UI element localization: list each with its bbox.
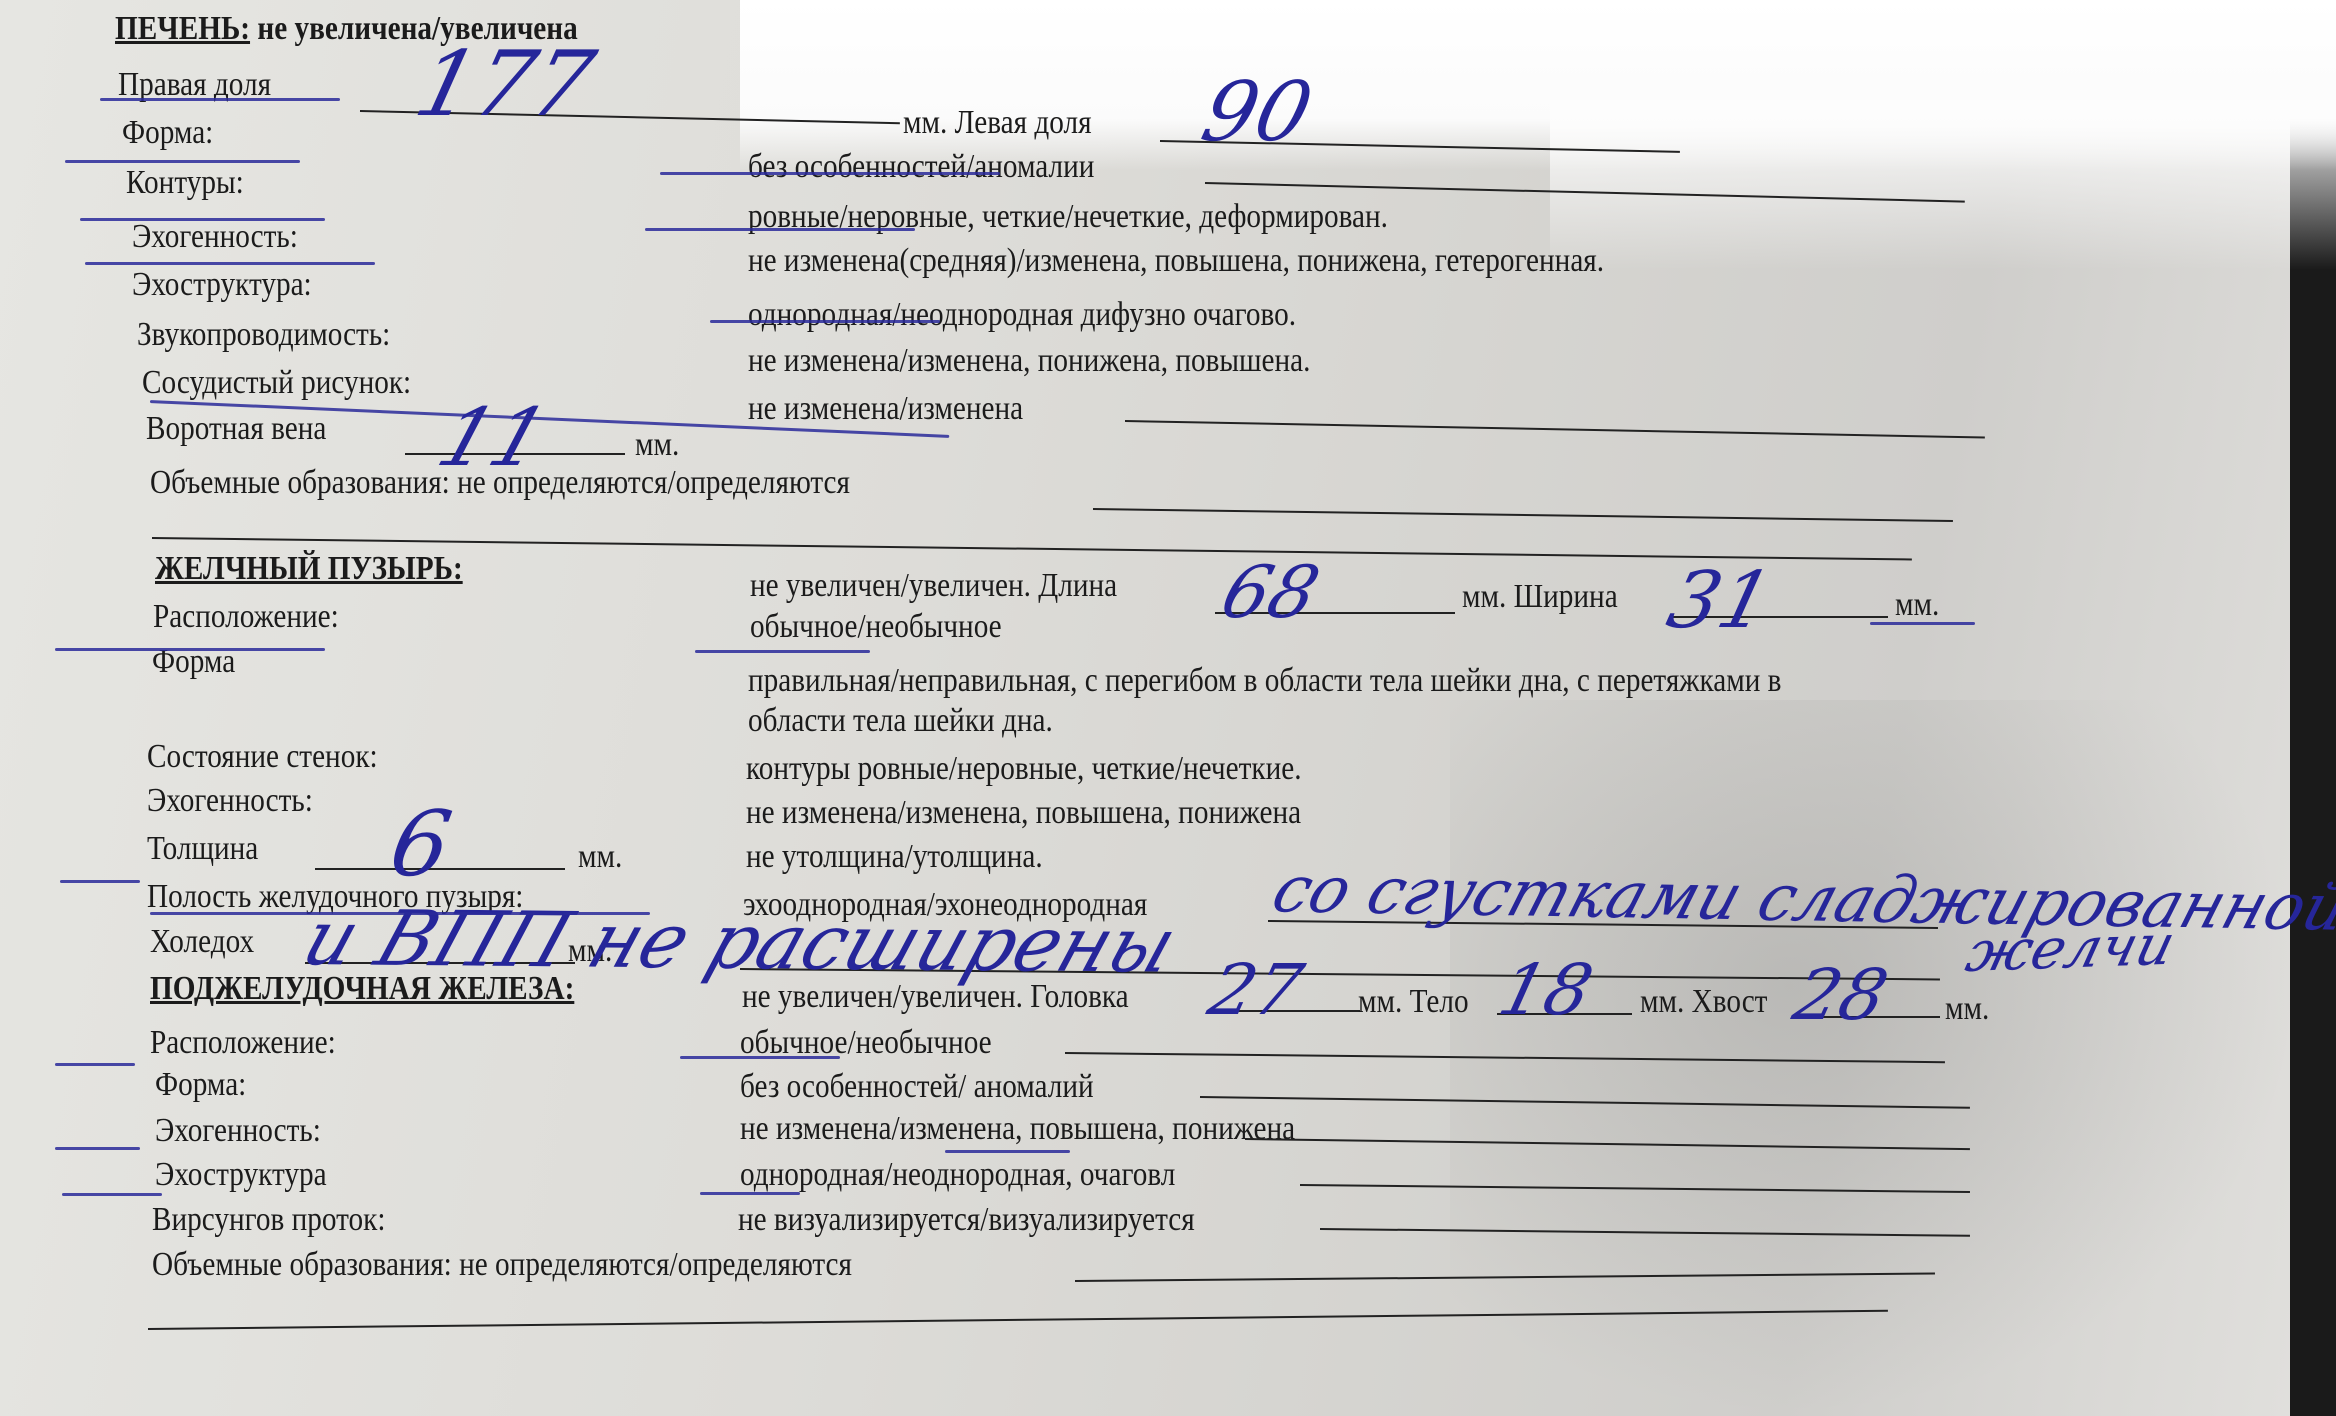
liver-left-lobe-label: мм. Левая доля bbox=[903, 106, 1092, 140]
liver-row-label: Эхоструктура: bbox=[132, 268, 312, 302]
ink-underline bbox=[945, 1150, 1070, 1153]
pancreas-heading: ПОДЖЕЛУДОЧНАЯ ЖЕЛЕЗА: bbox=[150, 972, 574, 1006]
gallbladder-row-options: не изменена/изменена, повышена, понижена bbox=[746, 796, 1301, 830]
ink-underline bbox=[660, 172, 1000, 175]
liver-row-label: Контуры: bbox=[126, 166, 244, 200]
gallbladder-row-options: контуры ровные/неровные, четкие/нечеткие… bbox=[746, 752, 1302, 786]
ink-underline bbox=[65, 160, 300, 163]
ink-underline bbox=[695, 650, 870, 653]
liver-row-options: без особенностей/аномалии bbox=[748, 150, 1094, 184]
liver-row-label: Сосудистый рисунок: bbox=[142, 366, 411, 400]
wall-thickness-options: не утолщина/утолщина. bbox=[746, 840, 1043, 874]
gallbladder-row-label: Эхогенность: bbox=[147, 784, 313, 818]
glare bbox=[1550, 100, 2336, 270]
pancreas-body-value: 18 bbox=[1493, 955, 1600, 1025]
pancreas-row-options: однородная/неоднородная, очаговл bbox=[740, 1158, 1175, 1192]
liver-row-label: Звукопроводимость: bbox=[137, 318, 390, 352]
ink-underline bbox=[60, 880, 140, 883]
gallbladder-heading: ЖЕЛЧНЫЙ ПУЗЫРЬ: bbox=[155, 552, 463, 586]
gallbladder-size-text: не увеличен/увеличен. Длина bbox=[750, 569, 1117, 603]
gallbladder-row-label: Расположение: bbox=[153, 600, 339, 634]
liver-row-label: Форма: bbox=[122, 116, 213, 150]
liver-row-options: не изменена/изменена bbox=[748, 392, 1023, 426]
pancreas-body-label: мм. Тело bbox=[1358, 985, 1469, 1019]
portal-vein-label: Воротная вена bbox=[146, 412, 326, 446]
choledoch-label: Холедох bbox=[150, 925, 254, 959]
pancreas-row-label: Вирсунгов проток: bbox=[152, 1203, 385, 1237]
liver-row-options: не изменена(средняя)/изменена, повышена,… bbox=[748, 244, 1604, 278]
pancreas-tail-label: мм. Хвост bbox=[1640, 985, 1767, 1019]
ink-underline bbox=[62, 1193, 162, 1196]
ink-underline bbox=[55, 1063, 135, 1066]
liver-row-options: однородная/неоднородная дифузно очагово. bbox=[748, 298, 1296, 332]
pancreas-row-options: обычное/необычное bbox=[740, 1026, 992, 1060]
pancreas-row-label: Расположение: bbox=[150, 1026, 336, 1060]
ink-underline bbox=[150, 912, 650, 915]
ink-underline bbox=[645, 228, 915, 231]
gallbladder-row-label: Состояние стенок: bbox=[147, 740, 378, 774]
pancreas-row-label: Эхоструктура bbox=[155, 1158, 327, 1192]
liver-row-options: не изменена/изменена, понижена, повышена… bbox=[748, 344, 1310, 378]
ink-underline bbox=[710, 320, 940, 323]
cavity-handwritten-note-continued: желчи bbox=[1961, 918, 2180, 981]
gallbladder-row-options: правильная/неправильная, с перегибом в о… bbox=[748, 664, 1781, 698]
gallbladder-row-options: области тела шейки дна. bbox=[748, 704, 1053, 738]
liver-row-label: Эхогенность: bbox=[132, 220, 298, 254]
ink-underline bbox=[700, 1192, 800, 1195]
pancreas-row-label: Форма: bbox=[155, 1068, 246, 1102]
wall-thickness-unit: мм. bbox=[578, 840, 622, 874]
pancreas-tail-value: 28 bbox=[1788, 960, 1895, 1030]
liver-heading: ПЕЧЕНЬ: bbox=[115, 10, 250, 47]
liver-left-lobe-value: 90 bbox=[1195, 72, 1320, 154]
wall-thickness-label: Толщина bbox=[147, 832, 258, 866]
pancreas-head-value: 27 bbox=[1203, 955, 1310, 1025]
pancreas-row-options: не изменена/изменена, повышена, понижена bbox=[740, 1112, 1295, 1146]
ink-underline bbox=[80, 218, 325, 221]
pancreas-size-text: не увеличен/увеличен. Головка bbox=[742, 980, 1129, 1014]
gallbladder-row-options: обычное/необычное bbox=[750, 610, 1002, 644]
pancreas-unit: мм. bbox=[1945, 992, 1989, 1026]
ink-underline bbox=[1870, 622, 1975, 625]
gallbladder-unit: мм. bbox=[1895, 588, 1939, 622]
gallbladder-width-value: 31 bbox=[1661, 562, 1780, 640]
gallbladder-width-label: мм. Ширина bbox=[1462, 580, 1618, 614]
ink-underline bbox=[85, 262, 375, 265]
pancreas-row-options: не визуализируется/визуализируется bbox=[738, 1203, 1195, 1237]
pancreas-row-options: без особенностей/ аномалий bbox=[740, 1070, 1094, 1104]
portal-vein-unit: мм. bbox=[635, 428, 679, 462]
pancreas-masses: Объемные образования: не определяются/оп… bbox=[152, 1248, 852, 1282]
liver-right-lobe-value: 177 bbox=[408, 40, 602, 130]
liver-masses: Объемные образования: не определяются/оп… bbox=[150, 466, 850, 500]
ink-underline bbox=[680, 1056, 840, 1059]
ink-underline bbox=[100, 98, 340, 101]
ink-underline bbox=[55, 648, 325, 651]
pancreas-row-label: Эхогенность: bbox=[155, 1114, 321, 1148]
liver-right-lobe-label: Правая доля bbox=[118, 68, 271, 102]
ink-underline bbox=[55, 1147, 140, 1150]
